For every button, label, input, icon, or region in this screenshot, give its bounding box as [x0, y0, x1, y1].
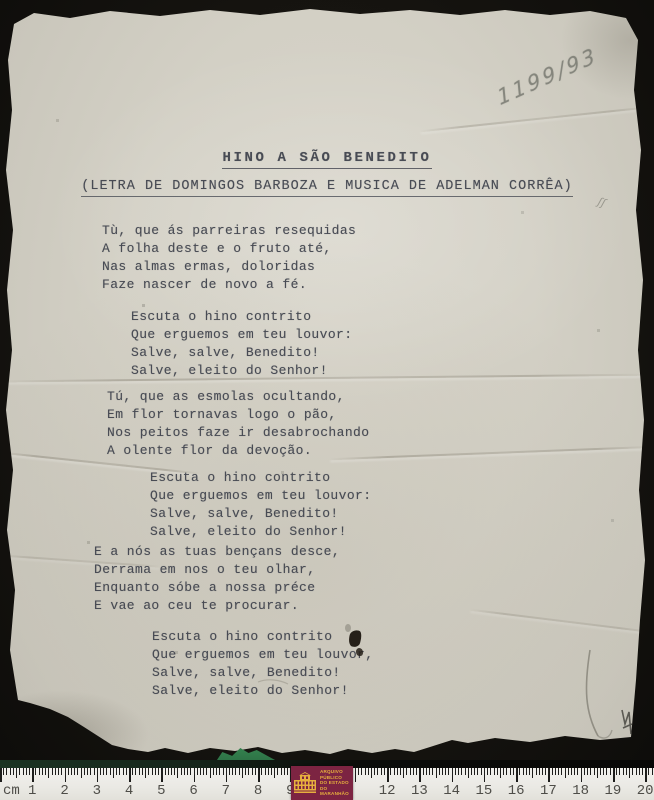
poem-line: Em flor tornavas logo o pão,	[107, 406, 369, 424]
ruler-tick	[145, 768, 146, 778]
ruler-tick	[371, 768, 372, 778]
ruler-tick	[229, 768, 230, 775]
ruler-tick	[465, 768, 466, 775]
ruler-tick	[513, 768, 514, 775]
ruler-tick	[77, 768, 78, 775]
ruler-tick	[13, 768, 14, 775]
ruler-tick	[603, 768, 604, 775]
ruler-tick	[406, 768, 407, 775]
ruler-tick	[265, 768, 266, 775]
pencil-flourish: ʃʃ	[596, 195, 607, 210]
ruler-tick	[410, 768, 411, 775]
ruler-number: 2	[60, 783, 68, 799]
ruler-tick	[210, 768, 211, 778]
ruler-tick	[390, 768, 391, 775]
ruler-tick	[490, 768, 491, 775]
ruler-tick	[529, 768, 530, 775]
ruler-tick	[626, 768, 627, 775]
ruler-tick	[610, 768, 611, 775]
ruler-tick	[155, 768, 156, 775]
ruler-tick	[487, 768, 488, 775]
ruler-tick	[71, 768, 72, 775]
ruler-tick	[94, 768, 95, 775]
ruler-tick	[555, 768, 556, 775]
poem-line: Que erguemos em teu louvor:	[131, 326, 352, 344]
ruler-tick	[600, 768, 601, 775]
ruler-tick	[448, 768, 449, 775]
ruler-tick	[161, 768, 163, 782]
poem-line: Salve, eleito do Senhor!	[152, 682, 373, 700]
ruler-tick	[613, 768, 615, 782]
ruler-tick	[645, 768, 647, 782]
ruler-tick	[574, 768, 575, 775]
poem-line: Escuta o hino contrito	[131, 308, 352, 326]
ruler-tick	[287, 768, 288, 775]
ruler-tick	[558, 768, 559, 775]
poem-line: Que erguemos em teu louvor,	[152, 646, 373, 664]
ruler-tick	[123, 768, 124, 775]
ruler-tick	[623, 768, 624, 775]
ruler-tick	[387, 768, 389, 782]
ruler-tick	[48, 768, 49, 778]
ruler-tick	[581, 768, 583, 782]
paper-crease	[330, 446, 654, 460]
ruler-tick	[26, 768, 27, 775]
ruler-tick	[168, 768, 169, 775]
ruler-tick	[358, 768, 359, 775]
ruler-number: 5	[157, 783, 165, 799]
ruler-number: 18	[572, 783, 589, 799]
ruler-tick	[616, 768, 617, 775]
ruler-tick	[397, 768, 398, 775]
ruler-tick	[255, 768, 256, 775]
ruler-tick	[42, 768, 43, 775]
ruler-tick	[84, 768, 85, 775]
ruler-tick	[32, 768, 34, 782]
ruler-tick	[436, 768, 437, 778]
ruler-tick	[477, 768, 478, 775]
ruler-tick	[597, 768, 598, 778]
ruler-tick	[374, 768, 375, 775]
ruler-tick	[548, 768, 550, 782]
ruler-tick	[500, 768, 501, 778]
ruler-tick	[58, 768, 59, 775]
ruler-tick	[455, 768, 456, 775]
ruler-number: 7	[222, 783, 230, 799]
ruler-tick	[442, 768, 443, 775]
ruler-tick	[16, 768, 17, 778]
poem-line: A olente flor da devoção.	[107, 442, 369, 460]
poem-line: Salve, salve, Benedito!	[152, 664, 373, 682]
scale-ruler: cm 123456789121314151617181920 ARQUIVO P…	[0, 760, 654, 800]
ruler-tick	[181, 768, 182, 775]
ruler-number: 3	[93, 783, 101, 799]
ruler-tick	[132, 768, 133, 775]
ruler-tick	[516, 768, 518, 782]
poem-line: Nos peitos faze ir desabrochando	[107, 424, 369, 442]
ruler-tick	[539, 768, 540, 775]
ruler-tick	[52, 768, 53, 775]
ruler-number: 20	[637, 783, 654, 799]
ruler-tick	[648, 768, 649, 775]
ruler-tick	[429, 768, 430, 775]
poem-line: Tú, que as esmolas ocultando,	[107, 388, 369, 406]
ruler-tick	[165, 768, 166, 775]
ruler-tick	[103, 768, 104, 775]
ruler-tick	[184, 768, 185, 775]
ruler-tick	[471, 768, 472, 775]
ruler-tick	[510, 768, 511, 775]
handwritten-archive-number: 1199/93	[495, 30, 630, 110]
ruler-tick	[135, 768, 136, 775]
ruler-tick	[365, 768, 366, 775]
refrain-block: Escuta o hino contritoQue erguemos em te…	[131, 308, 352, 380]
ruler-tick	[97, 768, 99, 782]
ruler-tick	[445, 768, 446, 775]
ruler-number: 1	[28, 783, 36, 799]
ruler-tick	[271, 768, 272, 775]
ruler-tick	[361, 768, 362, 775]
ruler-tick	[413, 768, 414, 775]
ruler-tick	[274, 768, 275, 778]
ruler-tick	[594, 768, 595, 775]
poem-line: Salve, eleito do Senhor!	[131, 362, 352, 380]
ruler-tick	[606, 768, 607, 775]
ruler-tick	[568, 768, 569, 775]
ruler-tick	[368, 768, 369, 775]
ruler-tick	[3, 768, 4, 775]
ruler-tick	[384, 768, 385, 775]
ruler-tick	[232, 768, 233, 775]
ruler-tick	[458, 768, 459, 775]
ruler-tick	[206, 768, 207, 775]
poem-line: Nas almas ermas, doloridas	[102, 258, 356, 276]
ruler-tick	[474, 768, 475, 775]
ruler-unit-label: cm	[3, 783, 20, 799]
ruler-tick	[226, 768, 228, 782]
ruler-tick	[45, 768, 46, 775]
ruler-number: 12	[379, 783, 396, 799]
ruler-tick	[81, 768, 82, 778]
ruler-tick	[419, 768, 421, 782]
paper-sheet: HINO A SÃO BENEDITO (LETRA DE DOMINGOS B…	[0, 0, 654, 800]
poem-line: Que erguemos em teu louvor:	[150, 487, 371, 505]
ruler-tick	[113, 768, 114, 778]
ruler-tick	[394, 768, 395, 775]
ruler-tick	[277, 768, 278, 775]
ruler-tick	[639, 768, 640, 775]
ruler-tick	[239, 768, 240, 775]
ruler-tick	[261, 768, 262, 775]
ruler-tick	[142, 768, 143, 775]
ruler-tick	[284, 768, 285, 775]
ruler-tick	[35, 768, 36, 775]
ruler-tick	[619, 768, 620, 775]
ruler-tick	[55, 768, 56, 775]
refrain-block: Escuta o hino contritoQue erguemos em te…	[150, 469, 371, 541]
logo-text-line: DO MARANHÃO	[320, 786, 351, 797]
ruler-tick	[377, 768, 378, 775]
ruler-tick	[652, 768, 653, 775]
ruler-tick	[577, 768, 578, 775]
ruler-tick	[503, 768, 504, 775]
archive-logo-text: ARQUIVO PÚBLICO DO ESTADO DO MARANHÃO	[320, 769, 351, 796]
poem-line: Enquanto sóbe a nossa préce	[94, 579, 340, 597]
ruler-tick	[426, 768, 427, 775]
ruler-tick	[6, 768, 7, 775]
poem-line: E vae ao ceu te procurar.	[94, 597, 340, 615]
ruler-tick	[174, 768, 175, 775]
ruler-tick	[403, 768, 404, 778]
ruler-number: 13	[411, 783, 428, 799]
ruler-tick	[100, 768, 101, 775]
ruler-tick	[584, 768, 585, 775]
ink-stain	[356, 648, 363, 656]
ruler-tick	[629, 768, 630, 778]
poem-line: A folha deste e o fruto até,	[102, 240, 356, 258]
ruler-tick	[129, 768, 131, 782]
ruler-tick	[565, 768, 566, 778]
archive-building-icon	[293, 771, 317, 795]
ruler-tick	[87, 768, 88, 775]
ruler-tick	[242, 768, 243, 778]
ruler-tick	[497, 768, 498, 775]
ruler-tick	[197, 768, 198, 775]
ruler-tick	[39, 768, 40, 775]
ruler-tick	[216, 768, 217, 775]
ruler-tick	[61, 768, 62, 775]
ruler-tick	[636, 768, 637, 775]
ruler-tick	[423, 768, 424, 775]
document-title: HINO A SÃO BENEDITO	[0, 150, 654, 166]
paper-crease	[421, 106, 654, 132]
poem-line: Derrama em nos o teu olhar,	[94, 561, 340, 579]
ruler-tick	[0, 768, 2, 782]
ruler-tick	[484, 768, 486, 782]
ruler-number: 15	[475, 783, 492, 799]
ruler-tick	[542, 768, 543, 775]
ruler-tick	[68, 768, 69, 775]
ruler-number: 4	[125, 783, 133, 799]
ruler-tick	[494, 768, 495, 775]
ruler-tick	[213, 768, 214, 775]
ruler-tick	[219, 768, 220, 775]
ruler-tick	[74, 768, 75, 775]
ruler-tick	[552, 768, 553, 775]
ruler-tick	[245, 768, 246, 775]
ruler-tick	[29, 768, 30, 775]
ruler-tick	[281, 768, 282, 775]
ruler-tick	[506, 768, 507, 775]
ruler-tick	[439, 768, 440, 775]
ruler-tick	[561, 768, 562, 775]
poem-line: Escuta o hino contrito	[152, 628, 373, 646]
stanza-block: E a nós as tuas bençans desce,Derrama em…	[94, 543, 340, 615]
document-subtitle: (LETRA DE DOMINGOS BARBOZA E MUSICA DE A…	[0, 179, 654, 194]
ruler-tick	[203, 768, 204, 775]
ruler-tick	[416, 768, 417, 775]
poem-line: Tù, que ás parreiras resequidas	[102, 222, 356, 240]
ruler-tick	[110, 768, 111, 775]
ruler-tick	[571, 768, 572, 775]
ruler-tick	[590, 768, 591, 775]
ruler-tick	[642, 768, 643, 775]
ruler-tick	[194, 768, 196, 782]
ruler-tick	[200, 768, 201, 775]
ruler-tick	[468, 768, 469, 778]
ruler-tick	[171, 768, 172, 775]
ruler-tick	[152, 768, 153, 775]
ruler-number: 17	[540, 783, 557, 799]
poem-line: Escuta o hino contrito	[150, 469, 371, 487]
scanned-document-scene: HINO A SÃO BENEDITO (LETRA DE DOMINGOS B…	[0, 0, 654, 800]
paper-crease	[471, 609, 654, 633]
ruler-tick	[23, 768, 24, 775]
archive-logo: ARQUIVO PÚBLICO DO ESTADO DO MARANHÃO	[291, 766, 353, 800]
ruler-tick	[519, 768, 520, 775]
ruler-tick	[587, 768, 588, 775]
refrain-block: Escuta o hino contritoQue erguemos em te…	[152, 628, 373, 700]
ruler-tick	[106, 768, 107, 775]
paper-specks	[0, 0, 1, 1]
ruler-tick	[523, 768, 524, 775]
poem-line: Salve, eleito do Senhor!	[150, 523, 371, 541]
ruler-tick	[452, 768, 454, 782]
ruler-tick	[268, 768, 269, 775]
ruler-number: 6	[189, 783, 197, 799]
ruler-tick	[355, 768, 357, 782]
ruler-tick	[190, 768, 191, 775]
ruler-tick	[545, 768, 546, 775]
ruler-number: 16	[508, 783, 525, 799]
poem-line: Faze nascer de novo a fé.	[102, 276, 356, 294]
ruler-tick	[126, 768, 127, 775]
ruler-tick	[481, 768, 482, 775]
ruler-tick	[187, 768, 188, 775]
ruler-tick	[461, 768, 462, 775]
ruler-tick	[248, 768, 249, 775]
ruler-tick	[223, 768, 224, 775]
ruler-tick	[10, 768, 11, 775]
ruler-tick	[258, 768, 260, 782]
ruler-tick	[235, 768, 236, 775]
ruler-number: 19	[605, 783, 622, 799]
ruler-tick	[177, 768, 178, 778]
ink-stain	[345, 624, 351, 632]
ruler-number: 14	[443, 783, 460, 799]
ruler-tick	[400, 768, 401, 775]
stanza-block: Tú, que as esmolas ocultando,Em flor tor…	[107, 388, 369, 460]
ruler-tick	[65, 768, 67, 782]
ruler-tick	[116, 768, 117, 775]
poem-line: Salve, salve, Benedito!	[150, 505, 371, 523]
ruler-tick	[148, 768, 149, 775]
ruler-tick	[252, 768, 253, 775]
ruler-number: 8	[254, 783, 262, 799]
ruler-tick	[536, 768, 537, 775]
ruler-tick	[158, 768, 159, 775]
ruler-tick	[381, 768, 382, 775]
ruler-tick	[90, 768, 91, 775]
ruler-tick	[119, 768, 120, 775]
ruler-tick	[19, 768, 20, 775]
ruler-tick	[632, 768, 633, 775]
ruler-tick	[139, 768, 140, 775]
poem-line: E a nós as tuas bençans desce,	[94, 543, 340, 561]
ruler-tick	[432, 768, 433, 775]
ruler-tick	[532, 768, 533, 778]
ruler-tick	[526, 768, 527, 775]
poem-line: Salve, salve, Benedito!	[131, 344, 352, 362]
stanza-block: Tù, que ás parreiras resequidasA folha d…	[102, 222, 356, 294]
